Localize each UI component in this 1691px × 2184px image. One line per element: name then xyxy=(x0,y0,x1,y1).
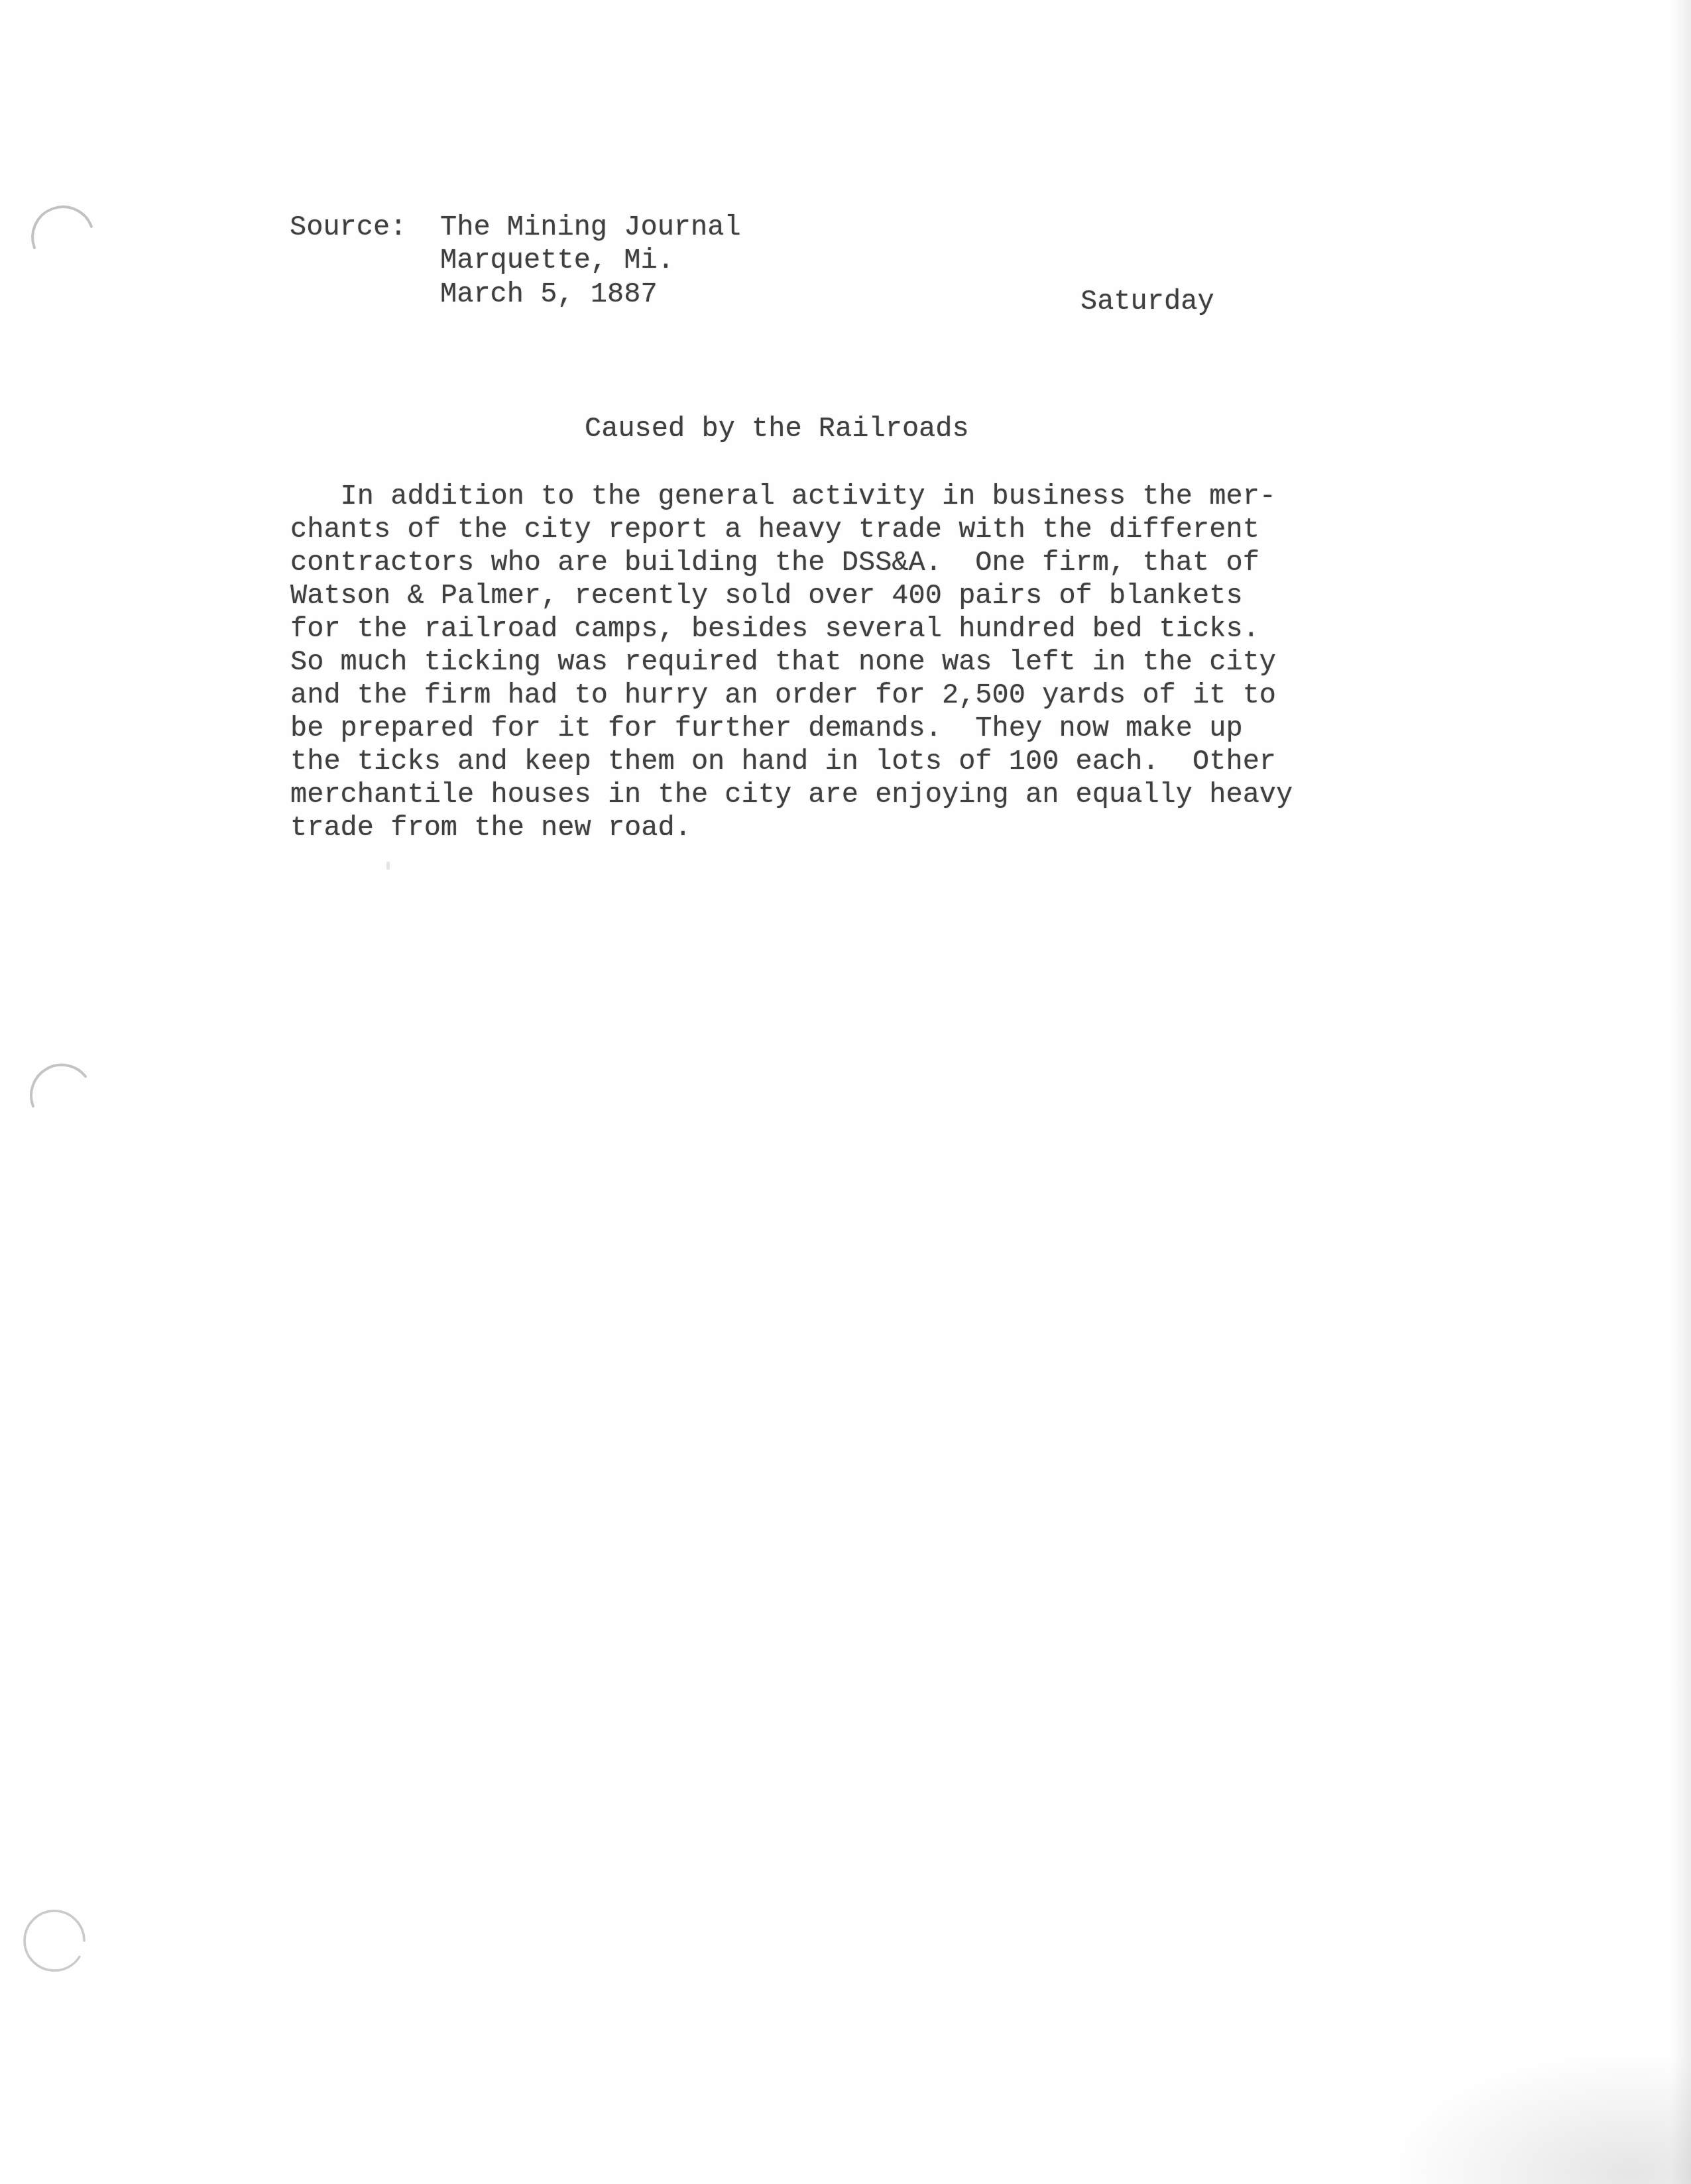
punch-holes-overlay xyxy=(0,0,1691,2184)
article-line: chants of the city report a heavy trade … xyxy=(290,513,1293,546)
source-location: Marquette, Mi. xyxy=(440,244,674,277)
article-line: for the railroad camps, besides several … xyxy=(290,612,1293,646)
article-line: Watson & Palmer, recently sold over 400 … xyxy=(290,579,1293,612)
article-body: In addition to the general activity in b… xyxy=(290,480,1293,844)
article-line: So much ticking was required that none w… xyxy=(290,646,1293,679)
article-line: In addition to the general activity in b… xyxy=(290,480,1293,513)
article-line: the ticks and keep them on hand in lots … xyxy=(290,745,1293,778)
source-publication: The Mining Journal xyxy=(440,211,741,244)
article-line: trade from the new road. xyxy=(290,811,1293,844)
source-label: Source: xyxy=(290,211,406,244)
article-line: be prepared for it for further demands. … xyxy=(290,712,1293,745)
ink-speck xyxy=(386,862,390,870)
scan-corner-shadow xyxy=(1194,1906,1691,2184)
punch-hole-top xyxy=(32,207,91,248)
article-line: and the firm had to hurry an order for 2… xyxy=(290,679,1293,712)
scan-edge-band xyxy=(1671,0,1691,2184)
punch-hole-middle xyxy=(31,1065,86,1106)
article-title: Caused by the Railroads xyxy=(585,412,969,445)
article-line: contractors who are building the DSS&A. … xyxy=(290,546,1293,579)
punch-hole-bottom xyxy=(25,1911,84,1971)
scanned-document-page: Source: The Mining Journal Marquette, Mi… xyxy=(0,0,1691,2184)
source-date: March 5, 1887 xyxy=(440,278,658,311)
article-line: merchantile houses in the city are enjoy… xyxy=(290,778,1293,811)
source-day: Saturday xyxy=(1080,285,1214,318)
